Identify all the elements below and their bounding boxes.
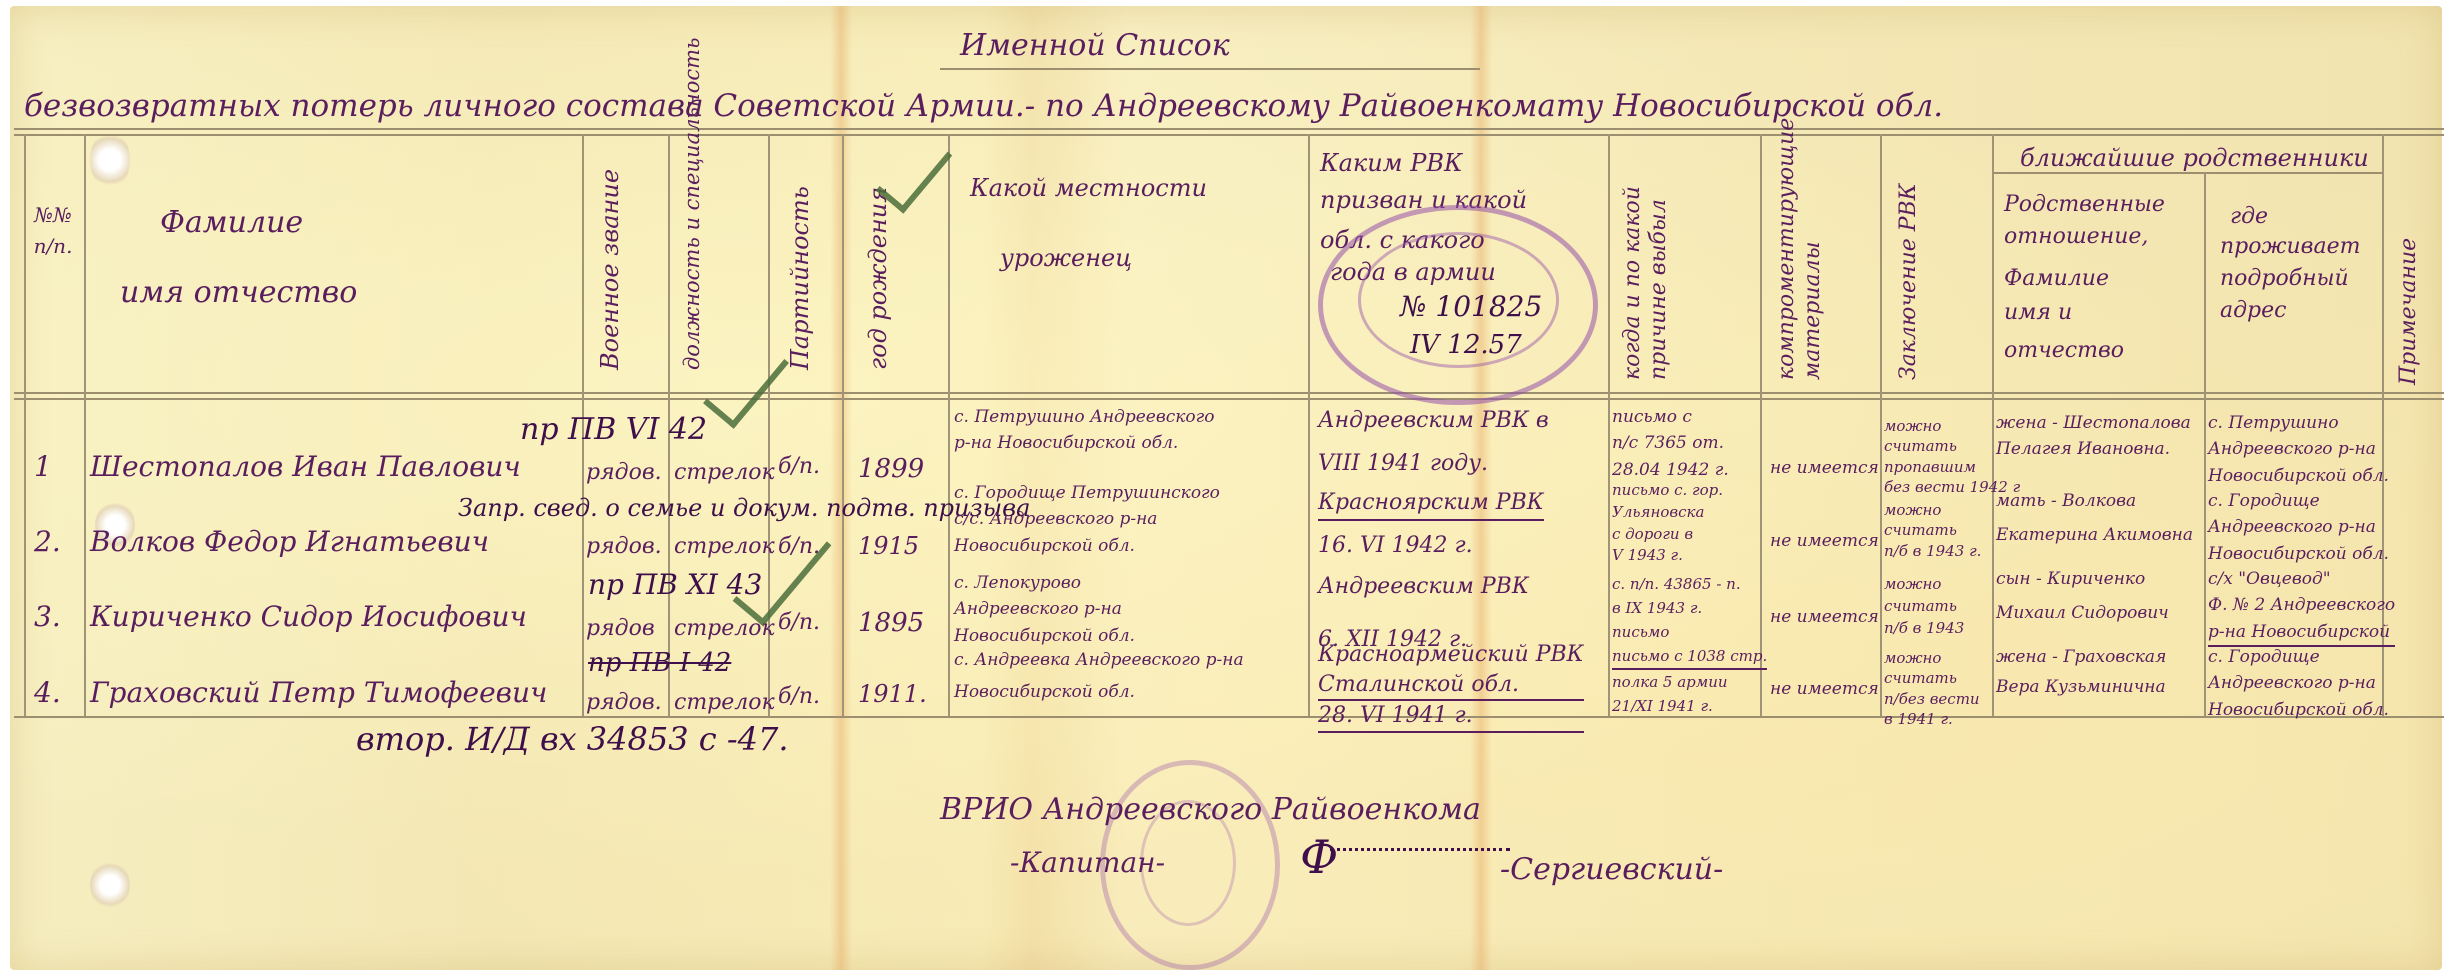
address: с. ГородищеАндреевского р-наНовосибирско…: [2208, 644, 2389, 723]
header-position: должность и специальность: [680, 38, 705, 370]
drafted: Красноярским РВК16. VI 1942 г.: [1318, 486, 1544, 562]
header-address-1: где: [2230, 200, 2268, 234]
header-num: №№ п/п.: [26, 200, 80, 262]
title-underline: [940, 68, 1480, 70]
header-relation-4: имя и: [2004, 296, 2072, 330]
rank: рядов.: [586, 530, 662, 563]
header-relation-3: Фамилие: [2004, 262, 2109, 296]
docs: не имеется: [1770, 528, 1879, 554]
position: стрелок: [674, 530, 775, 563]
header-relation-1: Родственные: [2004, 188, 2165, 222]
birth-year: 1911.: [858, 676, 927, 712]
stamp-date: IV 12.57: [1410, 330, 1522, 360]
row-annotation: пр ПВ VI 42: [520, 412, 707, 447]
document-subtitle: безвозвратных потерь личного состава Сов…: [24, 88, 1943, 124]
docs: не имеется: [1770, 604, 1879, 630]
party: б/п.: [778, 450, 820, 483]
address: с. ПетрушиноАндреевского р-наНовосибирск…: [2208, 410, 2389, 489]
relative: жена - ШестопаловаПелагея Ивановна.: [1996, 410, 2191, 463]
document-title: Именной Список: [960, 28, 1230, 63]
row-number: 4.: [34, 676, 61, 709]
row-number: 2.: [34, 525, 61, 558]
relative: мать - ВолковаЕкатерина Акимовна: [1996, 488, 2193, 549]
birth-year: 1899: [858, 450, 924, 489]
column-line: [948, 134, 950, 716]
registration-footnote: втор. И/Д вх 34853 с -47.: [356, 720, 789, 758]
position: стрелок: [674, 686, 775, 719]
rank: рядов: [586, 612, 655, 645]
relative: жена - ГраховскаяВера Кузьминична: [1996, 644, 2166, 701]
paper-fold: [830, 6, 852, 970]
address: с. ГородищеАндреевского р-наНовосибирско…: [2208, 488, 2389, 567]
birthplace: с. Городище Петрушинскогос/с. Андреевско…: [954, 480, 1220, 559]
position: стрелок: [674, 612, 775, 645]
row-number: 3.: [34, 600, 61, 633]
soldier-name: Граховский Петр Тимофеевич: [90, 676, 547, 709]
header-address-3: подробный: [2220, 262, 2349, 296]
birthplace: с. Андреевка Андреевского р-наНовосибирс…: [954, 644, 1244, 709]
birth-year: 1895: [858, 604, 924, 643]
signature-rank: -Капитан-: [1010, 846, 1165, 879]
position: стрелок: [674, 456, 775, 489]
header-drafted-1: Каким РВК: [1320, 145, 1463, 182]
address: с/х "Овцевод"Ф. № 2 Андреевскогор-на Нов…: [2208, 566, 2395, 647]
relative: сын - КириченкоМихаил Сидорович: [1996, 566, 2169, 627]
column-line: [1308, 134, 1310, 716]
when-why: письмо с 1038 стр.полка 5 армии21/XI 194…: [1612, 644, 1767, 718]
header-name-1: Фамилие: [160, 200, 303, 247]
column-line: [1608, 134, 1610, 716]
party: б/п.: [778, 530, 820, 563]
signature-title: ВРИО Андреевского Райвоенкома: [940, 792, 1481, 827]
header-birthplace-2: уроженец: [1000, 240, 1132, 277]
table-bottom-border: [14, 716, 2444, 718]
table-top-border: [14, 128, 2444, 130]
drafted: Андреевским РВК вVIII 1941 году.: [1318, 404, 1549, 480]
header-notes: Примечание: [2396, 238, 2422, 385]
docs: не имеется: [1770, 676, 1879, 702]
row-annotation: пр ПВ XI 43: [588, 568, 762, 601]
header-relatives-group: ближайшие родственники: [2020, 140, 2369, 177]
table-top-border: [14, 134, 2444, 136]
column-line: [2204, 172, 2206, 716]
column-line: [1760, 134, 1762, 716]
when-why: письмо сп/с 7365 от.28.04 1942 г.: [1612, 404, 1729, 483]
header-birthplace-1: Какой местности: [970, 170, 1207, 207]
header-bottom-border: [14, 392, 2444, 394]
header-relation-2: отношение,: [2004, 220, 2148, 254]
conclusion: можносчитатьп/б в 1943: [1884, 574, 1964, 639]
header-docs: компроментирующие материалы: [1774, 140, 1827, 380]
docs: не имеется: [1770, 455, 1879, 481]
header-conclusion: Заключение РВК: [1896, 140, 1922, 380]
header-relation-5: отчество: [2004, 334, 2124, 368]
conclusion: можносчитатьп/без вестив 1941 г.: [1884, 648, 1980, 729]
handwritten-signature: Ф: [1300, 830, 1338, 884]
when-why: письмо с. гор.Ульяновскас дороги вV 1943…: [1612, 480, 1723, 567]
punch-hole: [90, 130, 130, 190]
column-line: [84, 134, 86, 716]
header-birth-year: год рождения: [864, 187, 893, 370]
header-when-why: когда и по какой причине выбыл: [1620, 140, 1673, 380]
soldier-name: Кириченко Сидор Иосифович: [90, 600, 527, 633]
row-annotation: Запр. свед. о семье и докум. подтв. приз…: [458, 494, 1030, 522]
header-party: Партийность: [786, 186, 815, 370]
header-address-4: адрес: [2220, 294, 2286, 328]
party: б/п.: [778, 606, 820, 639]
signature-flourish: [1330, 848, 1510, 851]
column-line: [842, 134, 844, 716]
row-number: 1: [34, 450, 52, 483]
soldier-name: Волков Федор Игнатьевич: [90, 525, 489, 558]
header-rank: Военное звание: [596, 169, 625, 370]
birth-year: 1915: [858, 528, 919, 564]
signature-name: -Сергиевский-: [1500, 852, 1723, 887]
when-why: с. п/п. 43865 - п.в IX 1943 г.письмо: [1612, 572, 1741, 644]
header-address-2: проживает: [2220, 230, 2360, 264]
rank: рядов.: [586, 686, 662, 719]
row-annotation-struck: пр ПВ I 42: [588, 648, 731, 678]
drafted: Красноармейский РВКСталинской обл.28. VI…: [1318, 640, 1584, 733]
party: б/п.: [778, 680, 820, 713]
rank: рядов.: [586, 456, 662, 489]
birthplace: с. ЛепокуровоАндреевского р-наНовосибирс…: [954, 570, 1135, 649]
conclusion: можносчитатьп/б в 1943 г.: [1884, 500, 1981, 561]
header-name-2: имя отчество: [120, 270, 357, 317]
punch-hole: [90, 860, 130, 910]
soldier-name: Шестопалов Иван Павлович: [90, 450, 521, 483]
birthplace: с. Петрушино Андреевскогор-на Новосибирс…: [954, 404, 1214, 457]
stamp-number: № 101825: [1400, 290, 1542, 323]
header-bottom-border: [14, 398, 2444, 400]
column-line: [1880, 134, 1882, 716]
